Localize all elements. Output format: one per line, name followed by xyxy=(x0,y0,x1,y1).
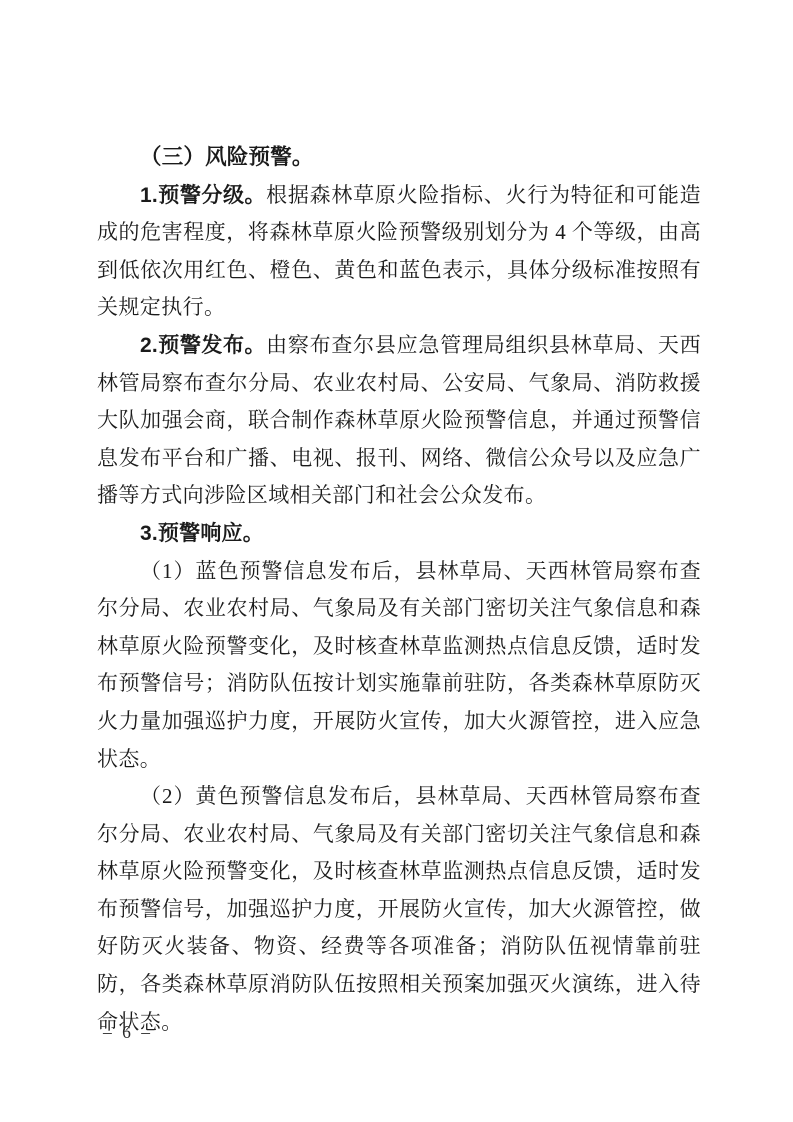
paragraph-lead: 2.预警发布。 xyxy=(140,334,266,357)
section-heading-text: （三）风险预警。 xyxy=(140,145,314,169)
paragraph-warning-grading: 1.预警分级。根据森林草原火险指标、火行为特征和可能造成的危害程度，将森林草原火… xyxy=(97,177,701,327)
paragraph-yellow-warning: （2）黄色预警信息发布后，县林草局、天西林管局察布查尔分局、农业农村局、气象局及… xyxy=(97,778,701,1041)
page-number: – 6 – xyxy=(103,1022,153,1043)
paragraph-warning-release: 2.预警发布。由察布查尔县应急管理局组织县林草局、天西林管局察布查尔分局、农业农… xyxy=(97,327,701,515)
paragraph-body: （1）蓝色预警信息发布后，县林草局、天西林管局察布查尔分局、农业农村局、气象局及… xyxy=(97,559,701,771)
paragraph-body: 由察布查尔县应急管理局组织县林草局、天西林管局察布查尔分局、农业农村局、公安局、… xyxy=(97,333,701,507)
section-heading: （三）风险预警。 xyxy=(97,139,701,177)
paragraph-warning-response-heading: 3.预警响应。 xyxy=(97,515,701,553)
paragraph-blue-warning: （1）蓝色预警信息发布后，县林草局、天西林管局察布查尔分局、农业农村局、气象局及… xyxy=(97,553,701,779)
document-body: （三）风险预警。 1.预警分级。根据森林草原火险指标、火行为特征和可能造成的危害… xyxy=(97,139,701,1041)
paragraph-body: （2）黄色预警信息发布后，县林草局、天西林管局察布查尔分局、农业农村局、气象局及… xyxy=(97,784,701,1034)
paragraph-lead: 1.预警分级。 xyxy=(140,184,266,207)
paragraph-lead: 3.预警响应。 xyxy=(140,522,264,545)
document-page: （三）风险预警。 1.预警分级。根据森林草原火险指标、火行为特征和可能造成的危害… xyxy=(0,0,793,1122)
